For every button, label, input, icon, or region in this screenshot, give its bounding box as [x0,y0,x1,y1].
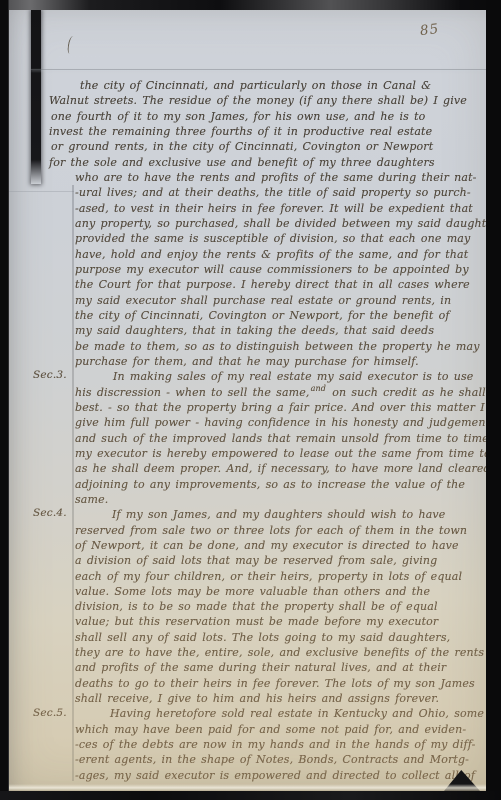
manuscript-line: and such of the improved lands that rema… [75,431,485,446]
manuscript-line: purpose my executor will cause commissio… [75,262,485,277]
manuscript-line: reserved from sale two or three lots for… [75,523,485,538]
manuscript-line: the city of Cincinnati, and particularly… [80,78,485,93]
page-bottom-edge [8,784,486,791]
section-label: Sec.3. [33,369,67,381]
manuscript-line: -ural lives; and at their deaths, the ti… [75,185,485,200]
manuscript-line: each of my four children, or their heirs… [75,569,485,584]
manuscript-line: have, hold and enjoy the rents & profits… [75,247,485,262]
manuscript-line: -ages, my said executor is empowered and… [75,768,485,783]
manuscript-line: shall sell any of said lots. The lots go… [75,630,485,645]
manuscript-line: same. [75,492,485,507]
manuscript-line: his discression - when to sell the same,… [75,385,485,400]
manuscript-line: value. Some lots may be more valuable th… [75,584,485,599]
manuscript-line: the Court for that purpose. I hereby dir… [75,277,485,292]
manuscript-line: -ased, to vest in their heirs in fee for… [75,201,485,216]
manuscript-line: which may have been paid for and some no… [75,722,485,737]
section-label: Sec.5. [33,707,67,719]
scan-frame-left [0,0,9,800]
scanned-document: 85 Sec.3.Sec.4.Sec.5. the city of Cincin… [0,0,501,800]
manuscript-line: the city of Cincinnati, Covington or New… [75,308,485,323]
manuscript-lines: the city of Cincinnati, and particularly… [75,78,485,783]
manuscript-line: they are to have the, entire, sole, and … [75,645,485,660]
inserted-word: and [311,384,327,393]
margin-crease-line [72,185,74,781]
manuscript-line: who are to have the rents and profits of… [75,170,485,185]
manuscript-line: any property, so purchased, shall be div… [75,216,485,231]
faint-rule-line [8,191,74,192]
manuscript-line: If my son James, and my daughters should… [112,507,485,522]
manuscript-line: adjoining to any improvements, so as to … [75,477,485,492]
manuscript-line: Having heretofore sold real estate in Ke… [110,706,485,721]
manuscript-line: of Newport, it can be done, and my execu… [75,538,485,553]
manuscript-line: one fourth of it to my son James, for hi… [51,109,485,124]
manuscript-line: be made to them, so as to distinguish be… [75,339,485,354]
manuscript-line: for the sole and exclusive use and benef… [49,155,485,170]
manuscript-line: a division of said lots that may be rese… [75,553,485,568]
manuscript-line: In making sales of my real estate my sai… [113,369,485,384]
underlying-page-edge [31,69,486,70]
scan-frame-right [486,0,501,800]
binding-shadow [31,10,41,184]
manuscript-line: as he shall deem proper. And, if necessa… [75,461,485,476]
manuscript-line: best. - so that the property bring a fai… [75,400,485,415]
manuscript-line: Walnut streets. The residue of the money… [49,93,485,108]
manuscript-line: give him full power - having confidence … [75,415,485,430]
manuscript-line: deaths to go to their heirs in fee forev… [75,676,485,691]
manuscript-line: my executor is hereby empowered to lease… [75,446,485,461]
manuscript-line: my said daughters, that in taking the de… [75,323,485,338]
manuscript-line: division, is to be so made that the prop… [75,599,485,614]
manuscript-line: provided the same is susceptible of divi… [75,231,485,246]
manuscript-line: value; but this reservation must be made… [75,614,485,629]
manuscript-line: -ces of the debts are now in my hands an… [75,737,485,752]
manuscript-line: purchase for them, and that he may purch… [75,354,485,369]
section-label: Sec.4. [33,507,67,519]
scan-frame-top [0,0,501,10]
scan-frame-bottom [0,791,501,800]
manuscript-line: shall receive, I give to him and his hei… [75,691,485,706]
manuscript-line: or ground rents, in the city of Cincinna… [51,139,485,154]
manuscript-line: and profits of the same during their nat… [75,660,485,675]
page-number: 85 [419,21,440,39]
manuscript-line: my said executor shall purchase real est… [75,293,485,308]
manuscript-line: invest the remaining three fourths of it… [49,124,485,139]
manuscript-line: -erent agents, in the shape of Notes, Bo… [75,752,485,767]
